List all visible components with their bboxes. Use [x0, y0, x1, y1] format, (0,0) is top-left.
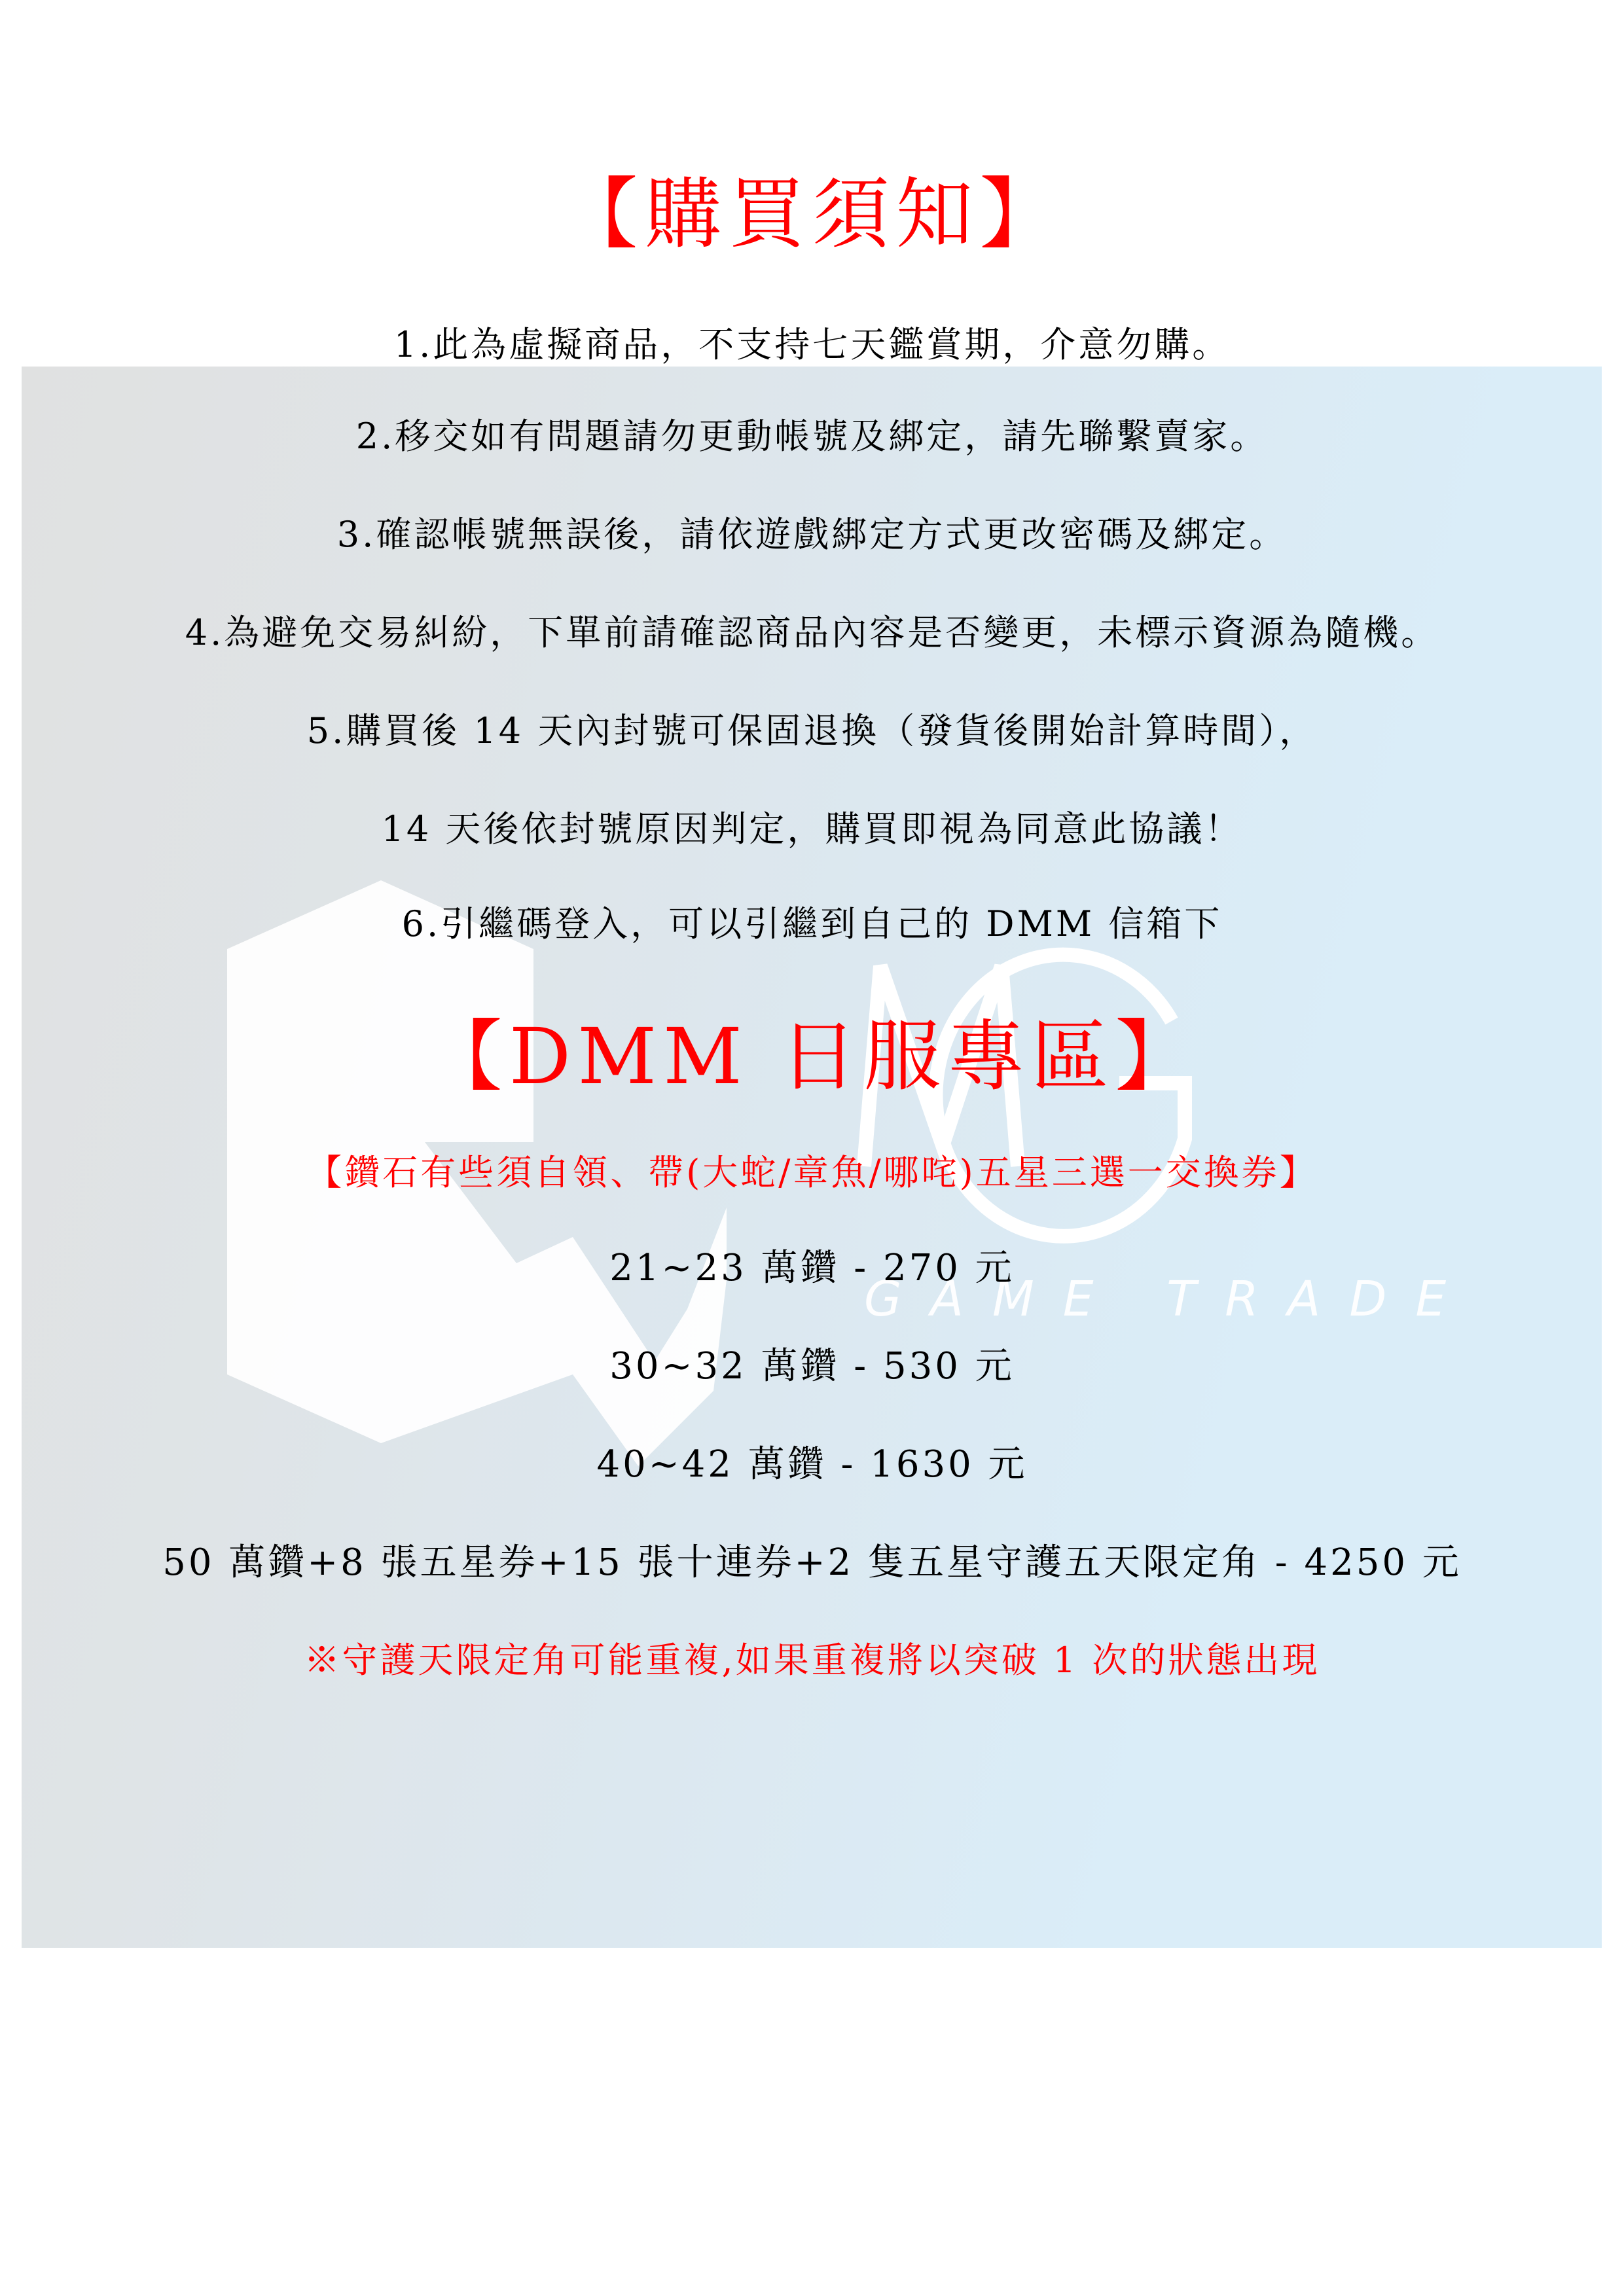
notice-item-2: 2.移交如有問題請勿更動帳號及綁定，請先聯繫賣家。: [0, 419, 1624, 454]
section-title: 【DMM 日服專區】: [0, 1018, 1624, 1095]
price-row-2: 30~32 萬鑽 - 530 元: [0, 1348, 1624, 1385]
notice-item-6: 6.引繼碼登入，可以引繼到自己的 DMM 信箱下: [0, 906, 1624, 942]
price-row-3: 40~42 萬鑽 - 1630 元: [0, 1446, 1624, 1483]
duplicate-note: ※守護天限定角可能重複,如果重複將以突破 1 次的狀態出現: [0, 1643, 1624, 1678]
price-row-4: 50 萬鑽+8 張五星券+15 張十連券+2 隻五星守護五天限定角 - 4250…: [0, 1545, 1624, 1581]
price-row-1: 21~23 萬鑽 - 270 元: [0, 1250, 1624, 1287]
section-subtitle: 【鑽石有些須自領、帶(大蛇/章魚/哪咤)五星三選一交換券】: [0, 1155, 1624, 1191]
notice-item-5-continued: 14 天後依封號原因判定，購買即視為同意此協議！: [0, 812, 1624, 847]
notice-item-5: 5.購買後 14 天內封號可保固退換（發貨後開始計算時間），: [0, 713, 1624, 749]
notice-title: 【購買須知】: [0, 175, 1624, 253]
notice-item-4: 4.為避免交易糾紛，下單前請確認商品內容是否變更，未標示資源為隨機。: [0, 615, 1624, 651]
notice-item-1: 1.此為虛擬商品，不支持七天鑑賞期，介意勿購。: [0, 327, 1624, 363]
notice-item-3: 3.確認帳號無誤後，請依遊戲綁定方式更改密碼及綁定。: [0, 517, 1624, 552]
